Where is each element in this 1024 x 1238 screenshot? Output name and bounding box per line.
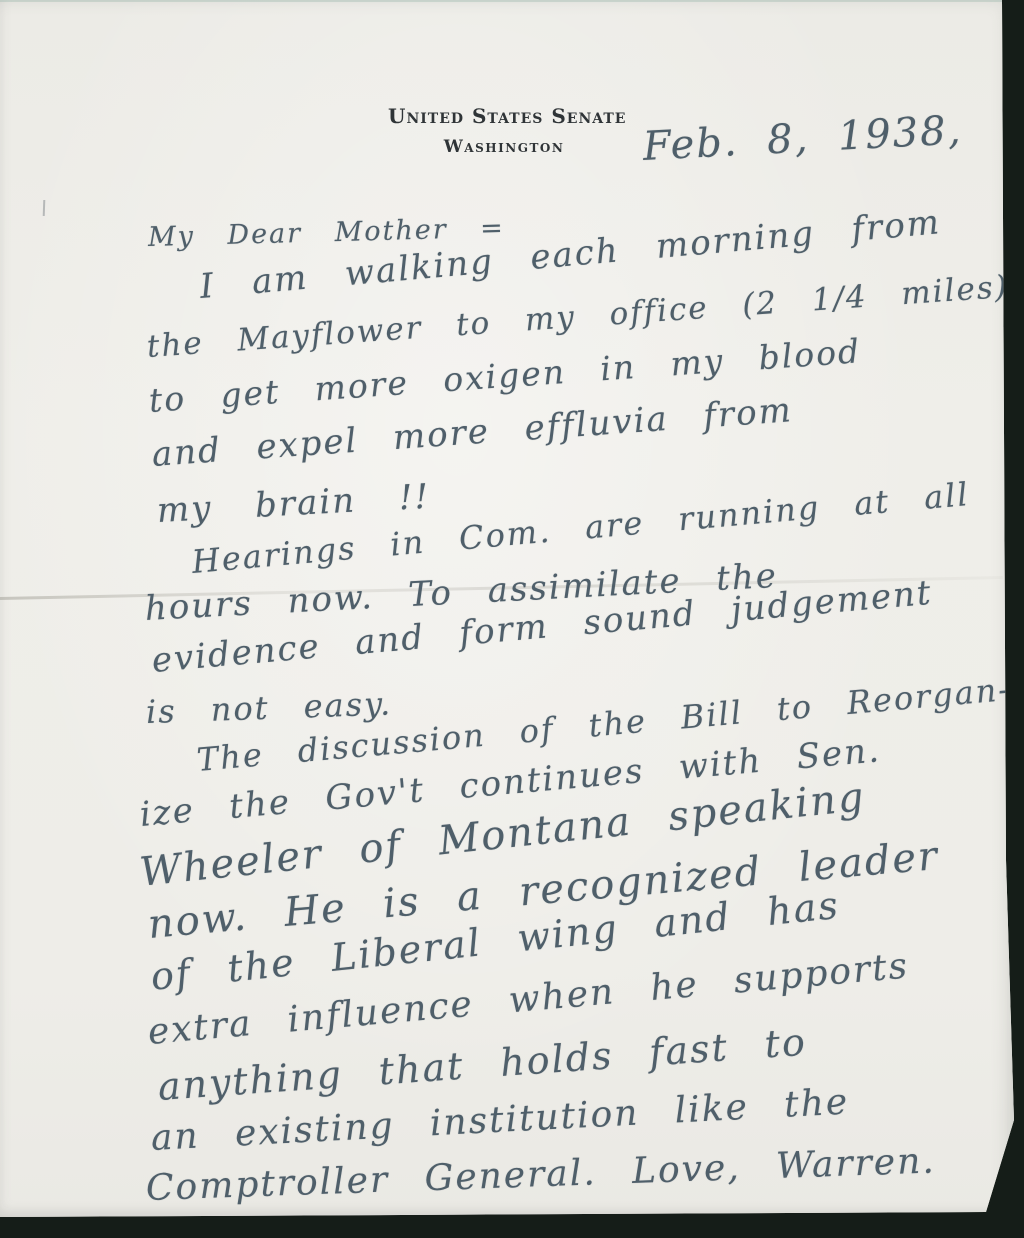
letterhead-city: Washington bbox=[388, 137, 620, 157]
letterhead-organization: United States Senate bbox=[388, 104, 620, 128]
scan-top-edge bbox=[0, 0, 1002, 2]
handwritten-date: Feb. 8, 1938, bbox=[642, 107, 964, 170]
scan-artifact-mark bbox=[43, 200, 46, 216]
handwritten-line: my brain !! bbox=[156, 478, 431, 531]
letterhead: United States Senate Washington bbox=[388, 104, 620, 157]
letter-page: United States Senate Washington Feb. 8, … bbox=[0, 0, 1016, 1220]
handwritten-line: is not easy. bbox=[145, 685, 392, 730]
